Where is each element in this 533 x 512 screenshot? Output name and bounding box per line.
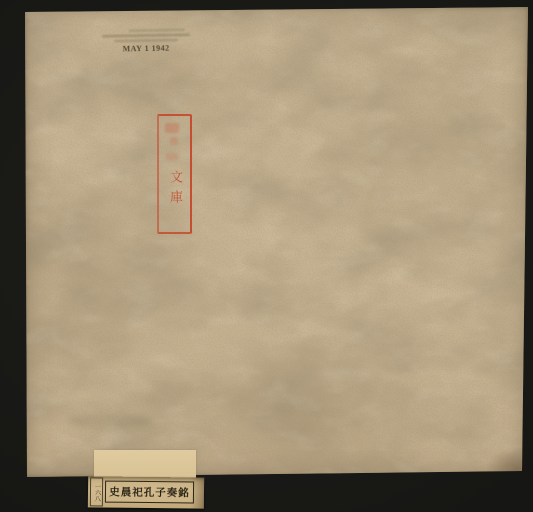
ink-date-stamp: MAY 1 1942 xyxy=(99,26,193,54)
seal-faded-mark xyxy=(170,137,178,145)
title-label-box: 史晨祀孔子奏銘 xyxy=(105,481,194,504)
stamp-illegible-line xyxy=(102,33,190,38)
stamp-illegible-line xyxy=(129,28,185,32)
pasted-label-lower: 一六八 史晨祀孔子奏銘 xyxy=(88,476,204,508)
document-paper xyxy=(25,7,528,477)
stamp-date-text: MAY 1 1942 xyxy=(99,43,193,54)
pasted-label-upper xyxy=(94,450,196,478)
stamp-illegible-line xyxy=(114,38,178,42)
title-label-text: 史晨祀孔子奏銘 xyxy=(109,484,190,499)
red-library-seal: 文庫 xyxy=(157,114,192,234)
paper-texture xyxy=(25,7,528,477)
index-number-label: 一六八 xyxy=(90,477,103,506)
index-number-text: 一六八 xyxy=(93,483,99,501)
seal-faded-mark xyxy=(166,153,178,160)
scan-background: MAY 1 1942 文庫 一六八 史晨祀孔子奏銘 xyxy=(0,0,533,512)
seal-characters: 文庫 xyxy=(168,170,181,210)
seal-faded-mark xyxy=(165,123,179,133)
ink-smudge xyxy=(68,414,152,428)
